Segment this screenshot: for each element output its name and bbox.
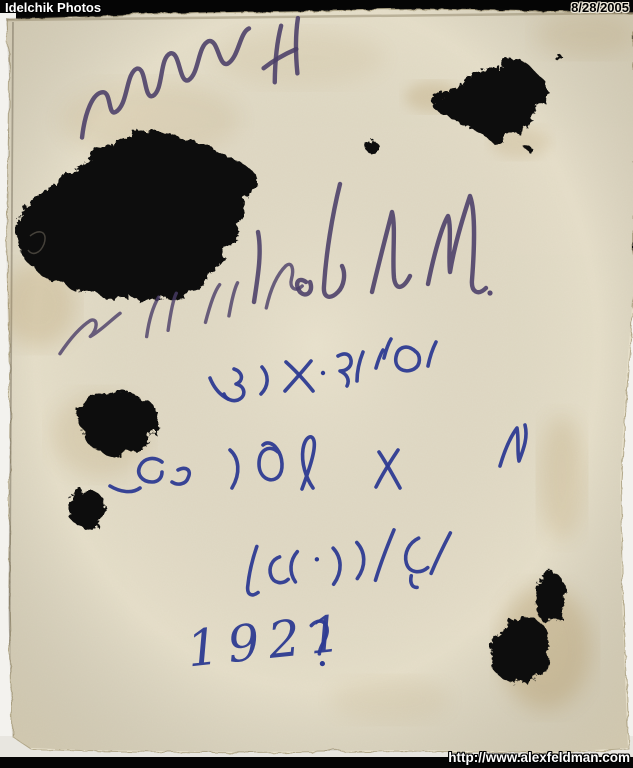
scanned-photo-back: 1921	[0, 0, 633, 768]
ink-speck-2	[553, 53, 561, 59]
ink-speck-3	[524, 145, 530, 150]
collection-title: Idelchik Photos	[5, 1, 101, 15]
photo-viewer: 1921 Idelchik Photos 8/28/2005 http://ww…	[0, 0, 633, 768]
scan-date: 8/28/2005	[571, 1, 629, 15]
ink-speck-1	[363, 139, 377, 151]
watermark-url: http://www.alexfeldman.com	[448, 751, 630, 765]
